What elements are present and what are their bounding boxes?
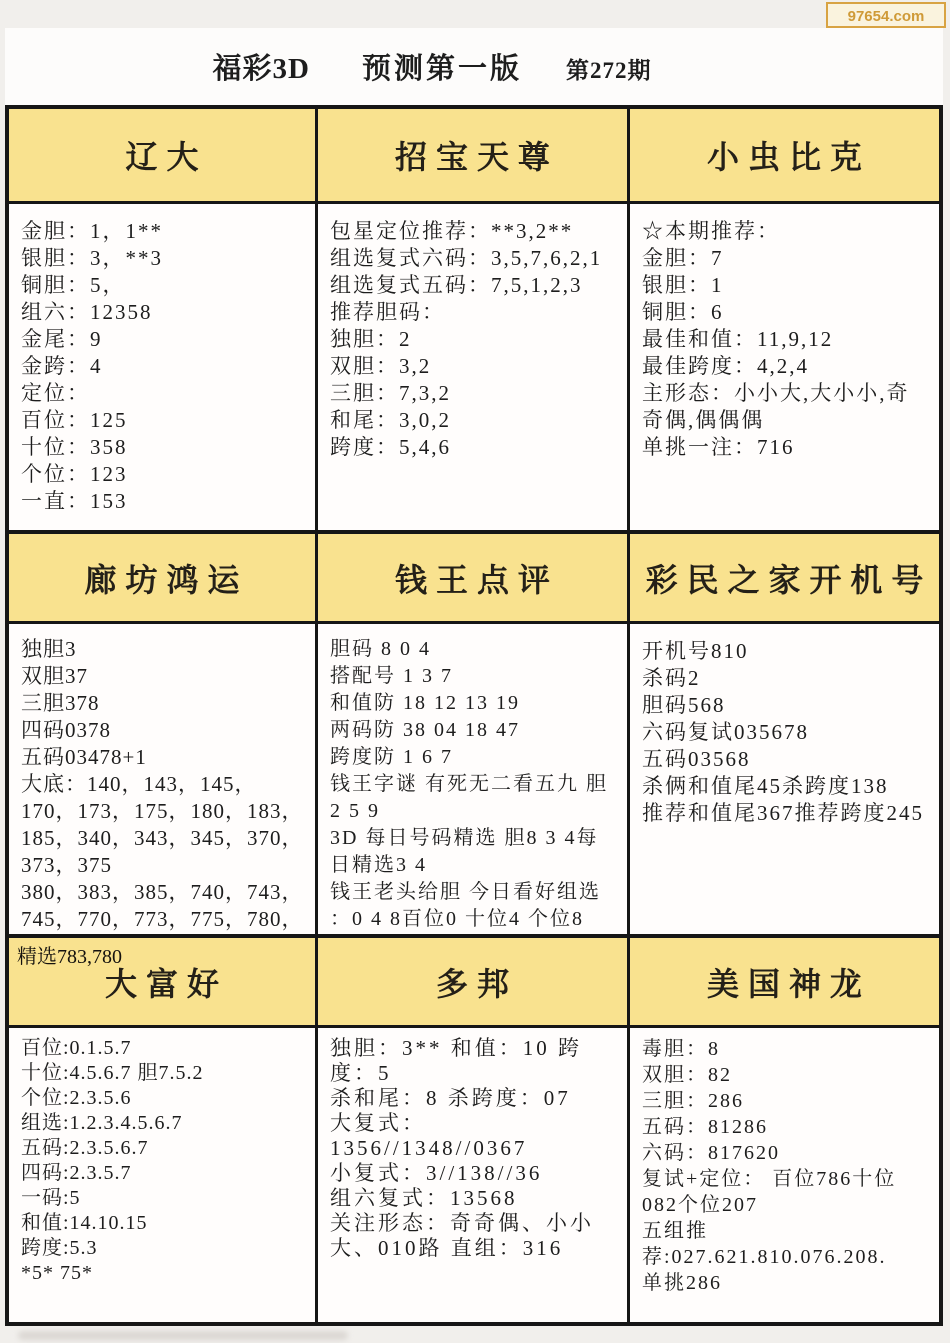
prediction-line: 组选复式六码：3,5,7,6,2,1 <box>330 245 619 272</box>
prediction-line: 五组推 <box>642 1218 931 1244</box>
prediction-line: 银胆：1 <box>642 272 931 299</box>
featured-picks-note: 精选783,780 <box>17 940 122 969</box>
prediction-line: 五码03568 <box>642 746 931 773</box>
prediction-line: 小复式：3//138//36 <box>330 1161 619 1186</box>
prediction-line: 毒胆：8 <box>642 1036 931 1062</box>
cell-caimin-kaijihao: 彩民之家开机号 开机号810 杀码2 胆码568 六码复试035678 五码03… <box>630 534 939 938</box>
prediction-line: ☆本期推荐： <box>642 218 931 245</box>
cell-title: 廊坊鸿运 <box>76 555 249 601</box>
cell-dafuhao-body: 百位:0.1.5.7 十位:4.5.6.7 胆7.5.2 个位:2.3.5.6 … <box>9 1028 315 1322</box>
cell-liaoda: 辽大 金胆：1，1** 银胆：3，**3 铜胆：5， 组六：12358 金尾：9… <box>9 109 318 534</box>
prediction-line: 金跨：4 <box>21 353 307 380</box>
prediction-line: 跨度:5.3 <box>21 1236 307 1261</box>
cell-langfang-hongyun: 廊坊鸿运 独胆3 双胆37 三胆378 四码0378 五码03478+1 大底：… <box>9 534 318 938</box>
masthead-issue: 第272期 <box>566 52 652 85</box>
cell-xiaochong-header: 小虫比克 <box>630 109 939 204</box>
prediction-line: 五码:2.3.5.6.7 <box>21 1136 307 1161</box>
cell-caimin-body: 开机号810 杀码2 胆码568 六码复试035678 五码03568 杀俩和值… <box>630 624 939 934</box>
prediction-line: 钱王老头给胆 今日看好组选 ：0 4 8百位0 十位4 个位8 <box>330 879 619 933</box>
prediction-line: 钱王字谜 有死无二看五九 胆2 5 9 <box>330 771 619 825</box>
prediction-line: 单挑286 <box>642 1270 931 1296</box>
prediction-line: 十位:4.5.6.7 胆7.5.2 <box>21 1061 307 1086</box>
prediction-line: 百位:0.1.5.7 <box>21 1036 307 1061</box>
watermark-badge: 97654.com <box>826 2 946 28</box>
prediction-line: 杀码2 <box>642 665 931 692</box>
cell-qianwang-header: 钱王点评 <box>318 534 627 624</box>
prediction-line: 组六复式：13568 <box>330 1186 619 1211</box>
prediction-line: 杀俩和值尾45杀跨度138 <box>642 773 931 800</box>
cell-meiguo-shenlong: 美国神龙 毒胆：8 双胆：82 三胆：286 五码：81286 六码：81762… <box>630 938 939 1322</box>
prediction-line: 搭配号 1 3 7 <box>330 663 619 690</box>
prediction-line: 十位：358 <box>21 434 307 461</box>
cell-caimin-header: 彩民之家开机号 <box>630 534 939 624</box>
prediction-line: 五码：81286 <box>642 1114 931 1140</box>
cell-title: 小虫比克 <box>698 132 871 178</box>
prediction-line: 银胆：3，**3 <box>21 245 307 272</box>
prediction-line: 组选:1.2.3.4.5.6.7 <box>21 1111 307 1136</box>
prediction-line: 定位： <box>21 380 307 407</box>
prediction-line: 三胆：7,3,2 <box>330 380 619 407</box>
prediction-line: 3D 每日号码精选 胆8 3 4每日精选3 4 <box>330 825 619 879</box>
prediction-table: 辽大 金胆：1，1** 银胆：3，**3 铜胆：5， 组六：12358 金尾：9… <box>5 105 943 1326</box>
prediction-line: 大底：140，143，145，170，173，175，180，183，185，3… <box>21 771 307 879</box>
prediction-line: 推荐和值尾367推荐跨度245 <box>642 800 931 827</box>
prediction-line: 胆码 8 0 4 <box>330 636 619 663</box>
prediction-line: 金胆：1，1** <box>21 218 307 245</box>
cell-qianwang-dianping: 钱王点评 胆码 8 0 4 搭配号 1 3 7 和值防 18 12 13 19 … <box>318 534 630 938</box>
cell-title: 辽大 <box>117 132 208 178</box>
prediction-line: 金尾：9 <box>21 326 307 353</box>
prediction-line: 和值防 18 12 13 19 <box>330 690 619 717</box>
prediction-line: 380，383，385，740，743，745，770，773，775，780，… <box>21 879 307 938</box>
prediction-line: 两码防 38 04 18 47 <box>330 717 619 744</box>
cell-langfang-header: 廊坊鸿运 <box>9 534 315 624</box>
cell-qianwang-body: 胆码 8 0 4 搭配号 1 3 7 和值防 18 12 13 19 两码防 3… <box>318 624 627 938</box>
prediction-line: 四码:2.3.5.7 <box>21 1161 307 1186</box>
prediction-line: 单挑一注：716 <box>642 434 931 461</box>
page: 97654.com 福彩3D 预测第一版 第272期 辽大 金胆：1，1** 银… <box>0 0 950 1343</box>
cell-liaoda-header: 辽大 <box>9 109 315 204</box>
cell-duobang-body: 独胆：3** 和值：10 跨度：5 杀和尾：8 杀跨度：07 大复式：1356/… <box>318 1028 627 1322</box>
cell-duobang: 多邦 独胆：3** 和值：10 跨度：5 杀和尾：8 杀跨度：07 大复式：13… <box>318 938 630 1322</box>
prediction-line: 金胆：7 <box>642 245 931 272</box>
scan-smudge <box>18 1331 348 1340</box>
prediction-line: 包星定位推荐：**3,2** <box>330 218 619 245</box>
cell-dafuhao-header: 精选783,780 大富好 <box>9 938 315 1028</box>
prediction-line: 百位：125 <box>21 407 307 434</box>
prediction-line: 双胆37 <box>21 663 307 690</box>
prediction-line: 双胆：82 <box>642 1062 931 1088</box>
cell-shenlong-body: 毒胆：8 双胆：82 三胆：286 五码：81286 六码：817620 复试+… <box>630 1028 939 1322</box>
prediction-line: 跨度：5,4,6 <box>330 434 619 461</box>
prediction-line: 开机号810 <box>642 638 931 665</box>
prediction-line: 最佳跨度：4,2,4 <box>642 353 931 380</box>
prediction-line: 推荐胆码： <box>330 299 619 326</box>
prediction-line: 复试+定位： 百位786十位082个位207 <box>642 1166 931 1218</box>
prediction-line: 三胆：286 <box>642 1088 931 1114</box>
prediction-line: 胆码568 <box>642 692 931 719</box>
prediction-line: 主形态：小小大,大小小,奇奇偶,偶偶偶 <box>642 380 931 434</box>
prediction-line: *5* 75* <box>21 1261 307 1286</box>
prediction-line: 四码0378 <box>21 717 307 744</box>
prediction-line: 杀和尾：8 杀跨度：07 <box>330 1086 619 1111</box>
cell-langfang-body: 独胆3 双胆37 三胆378 四码0378 五码03478+1 大底：140，1… <box>9 624 315 938</box>
prediction-line: 独胆：3** 和值：10 跨度：5 <box>330 1036 619 1086</box>
prediction-line: 个位：123 <box>21 461 307 488</box>
masthead-text: 福彩3D 预测第一版 第272期 <box>213 46 652 87</box>
prediction-line: 双胆：3,2 <box>330 353 619 380</box>
prediction-line: 六码复试035678 <box>642 719 931 746</box>
cell-shenlong-header: 美国神龙 <box>630 938 939 1028</box>
cell-title: 钱王点评 <box>386 555 559 601</box>
prediction-line: 三胆378 <box>21 690 307 717</box>
cell-zhaobao-body: 包星定位推荐：**3,2** 组选复式六码：3,5,7,6,2,1 组选复式五码… <box>318 204 627 530</box>
prediction-line: 个位:2.3.5.6 <box>21 1086 307 1111</box>
prediction-line: 六码：817620 <box>642 1140 931 1166</box>
prediction-line: 一直：153 <box>21 488 307 515</box>
prediction-line: 大复式：1356//1348//0367 <box>330 1111 619 1161</box>
cell-dafuhao: 精选783,780 大富好 百位:0.1.5.7 十位:4.5.6.7 胆7.5… <box>9 938 318 1322</box>
cell-title: 美国神龙 <box>698 959 871 1005</box>
cell-duobang-header: 多邦 <box>318 938 627 1028</box>
prediction-line: 铜胆：5， <box>21 272 307 299</box>
masthead-brand: 福彩3D <box>213 46 310 87</box>
prediction-line: 跨度防 1 6 7 <box>330 744 619 771</box>
cell-title: 招宝天尊 <box>386 132 559 178</box>
cell-title: 彩民之家开机号 <box>637 555 933 601</box>
masthead: 福彩3D 预测第一版 第272期 <box>5 28 943 105</box>
cell-xiaochong-body: ☆本期推荐： 金胆：7 银胆：1 铜胆：6 最佳和值：11,9,12 最佳跨度：… <box>630 204 939 530</box>
prediction-line: 最佳和值：11,9,12 <box>642 326 931 353</box>
cell-title: 多邦 <box>427 959 518 1005</box>
prediction-line: 关注形态：奇奇偶、小小大、010路 直组：316 <box>330 1211 619 1261</box>
prediction-line: 一码:5 <box>21 1186 307 1211</box>
cell-zhaobao-tianzun: 招宝天尊 包星定位推荐：**3,2** 组选复式六码：3,5,7,6,2,1 组… <box>318 109 630 534</box>
cell-zhaobao-header: 招宝天尊 <box>318 109 627 204</box>
prediction-line: 铜胆：6 <box>642 299 931 326</box>
prediction-line: 组六：12358 <box>21 299 307 326</box>
prediction-line: 五码03478+1 <box>21 744 307 771</box>
prediction-line: 组选复式五码：7,5,1,2,3 <box>330 272 619 299</box>
prediction-line: 和尾：3,0,2 <box>330 407 619 434</box>
prediction-line: 和值:14.10.15 <box>21 1211 307 1236</box>
masthead-edition: 预测第一版 <box>362 46 522 87</box>
prediction-line: 独胆：2 <box>330 326 619 353</box>
prediction-line: 独胆3 <box>21 636 307 663</box>
cell-xiaochong-bike: 小虫比克 ☆本期推荐： 金胆：7 银胆：1 铜胆：6 最佳和值：11,9,12 … <box>630 109 939 534</box>
cell-liaoda-body: 金胆：1，1** 银胆：3，**3 铜胆：5， 组六：12358 金尾：9 金跨… <box>9 204 315 530</box>
prediction-line: 荐:027.621.810.076.208. <box>642 1244 931 1270</box>
